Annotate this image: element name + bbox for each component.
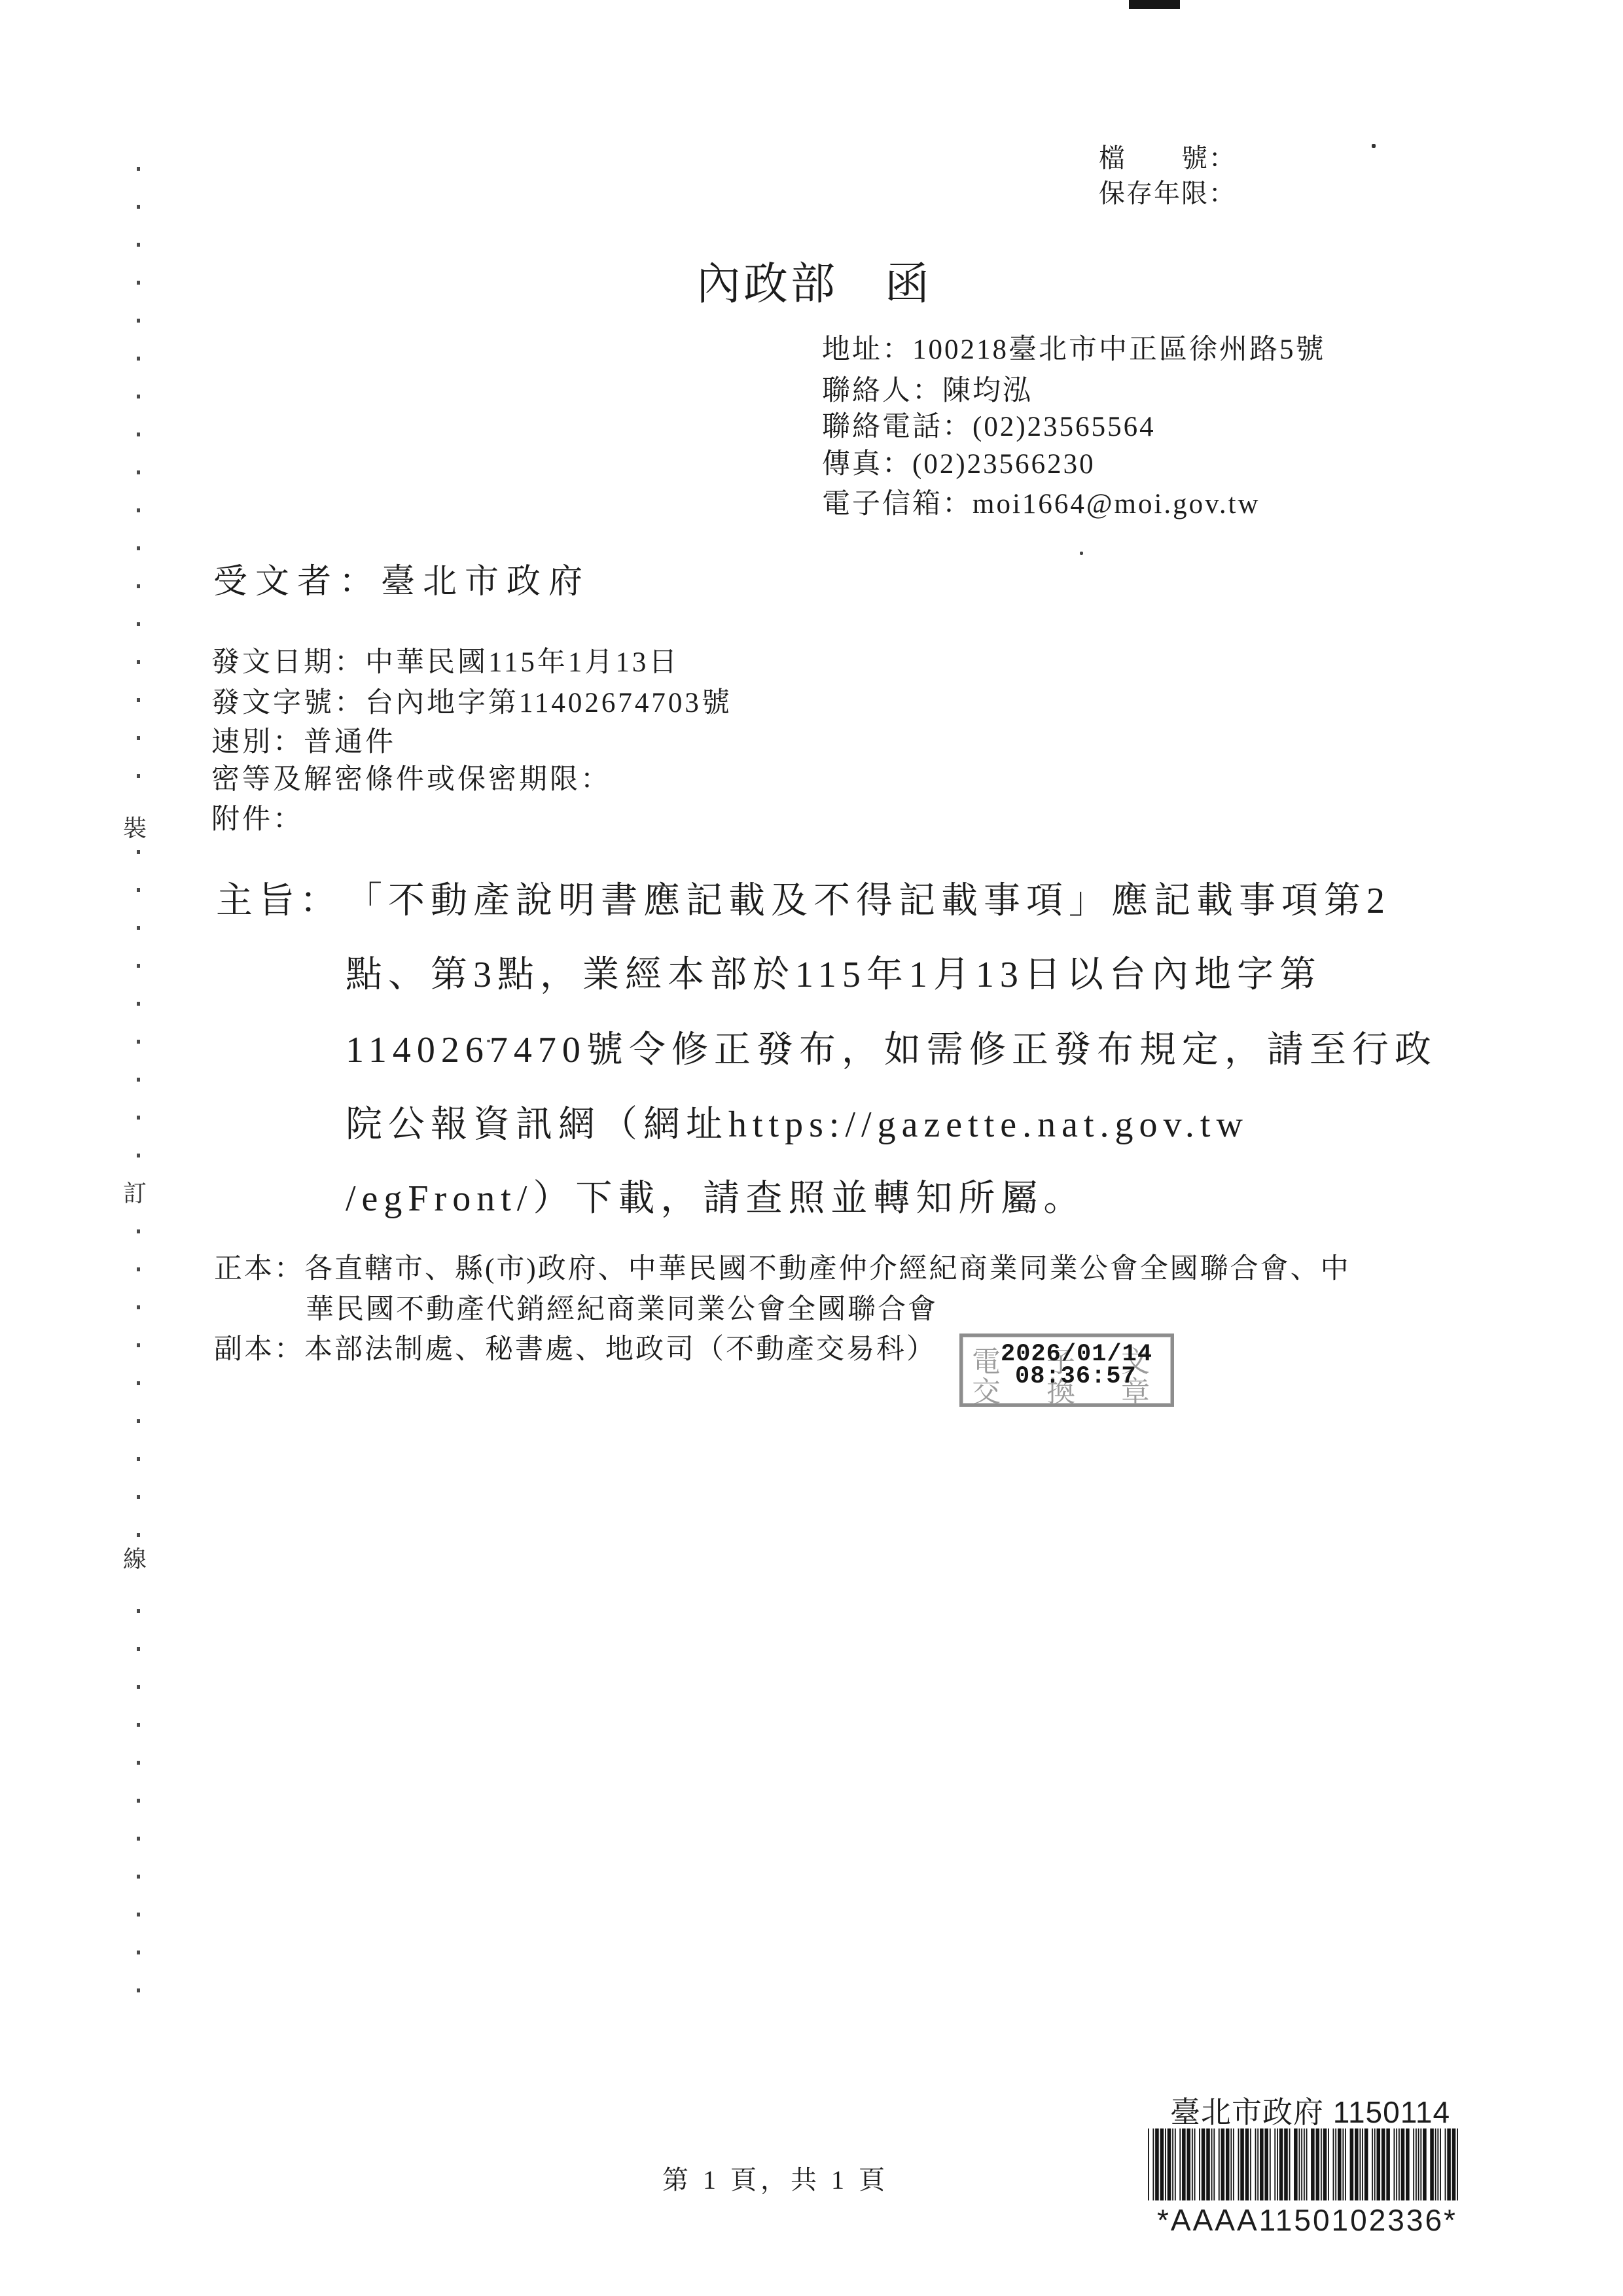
- barcode-label: 臺北市政府 1150114: [1170, 2089, 1450, 2132]
- recipient-line: 受文者：臺北市政府: [213, 554, 590, 603]
- original-recipients-line: 正本：各直轄市、縣(市)政府、中華民國不動產仲介經紀商業同業公會全國聯合會、中: [214, 1246, 1351, 1286]
- scanned-official-letter: { "header": { "file_no": "檔 號：", "retent…: [0, 0, 1623, 2296]
- stamp-time: 08:36:57: [1015, 1363, 1137, 1390]
- subject-label: 主旨：: [216, 872, 342, 924]
- issue-date-line: 發文日期：中華民國115年1月13日: [211, 640, 679, 680]
- retention-period-label: 保存年限：: [1099, 173, 1236, 210]
- document-title: 內政部 函: [696, 249, 932, 312]
- subject-line: 點、第3點，業經本部於115年1月13日以台內地字第: [346, 945, 1322, 998]
- attachment-line: 附件：: [211, 797, 304, 837]
- binding-char-xian: 線: [122, 1537, 148, 1578]
- binding-char-zhuang: 裝: [122, 806, 148, 847]
- subject-line: 院公報資訊網（網址https://gazette.nat.gov.tw: [346, 1095, 1249, 1148]
- sender-phone: 聯絡電話：(02)23565564: [822, 404, 1156, 444]
- speed-class-line: 速別：普通件: [211, 720, 396, 760]
- code39-barcode: [1148, 2128, 1458, 2200]
- electronic-exchange-stamp: 電子文 交換章 2026/01/14 08:36:57: [959, 1333, 1174, 1407]
- binding-char-ding: 訂: [122, 1171, 148, 1212]
- binding-dotted-line: [137, 167, 140, 2005]
- original-recipients-line: 華民國不動產代銷經紀商業同業公會全國聯合會: [306, 1287, 938, 1327]
- sender-contact-person: 聯絡人：陳均泓: [822, 368, 1033, 408]
- subject-line: /egFront/）下載，請查照並轉知所屬。: [346, 1169, 1086, 1222]
- sender-address: 地址：100218臺北市中正區徐州路5號: [822, 327, 1326, 367]
- barcode-value: *AAAA1150102336*: [1157, 2202, 1457, 2238]
- sender-email: 電子信箱：moi1664@moi.gov.tw: [822, 482, 1260, 521]
- secrecy-line: 密等及解密條件或保密期限：: [211, 757, 611, 797]
- scan-edge-mark: [1129, 0, 1180, 9]
- page-number-footer: 第 1 頁，共 1 頁: [662, 2159, 889, 2197]
- doc-number-line: 發文字號：台內地字第11402674703號: [211, 680, 732, 720]
- sender-fax: 傳真：(02)23566230: [822, 442, 1096, 482]
- file-number-label: 檔 號：: [1099, 137, 1236, 175]
- cc-recipients-line: 副本：本部法制處、秘書處、地政司（不動產交易科）: [214, 1327, 936, 1367]
- subject-line: 1140267470號令修正發布，如需修正發布規定，請至行政: [346, 1021, 1437, 1073]
- scan-speck: [1372, 144, 1376, 148]
- scan-speck: [1080, 552, 1083, 555]
- subject-line: 「不動產說明書應記載及不得記載事項」應記載事項第2: [346, 872, 1391, 924]
